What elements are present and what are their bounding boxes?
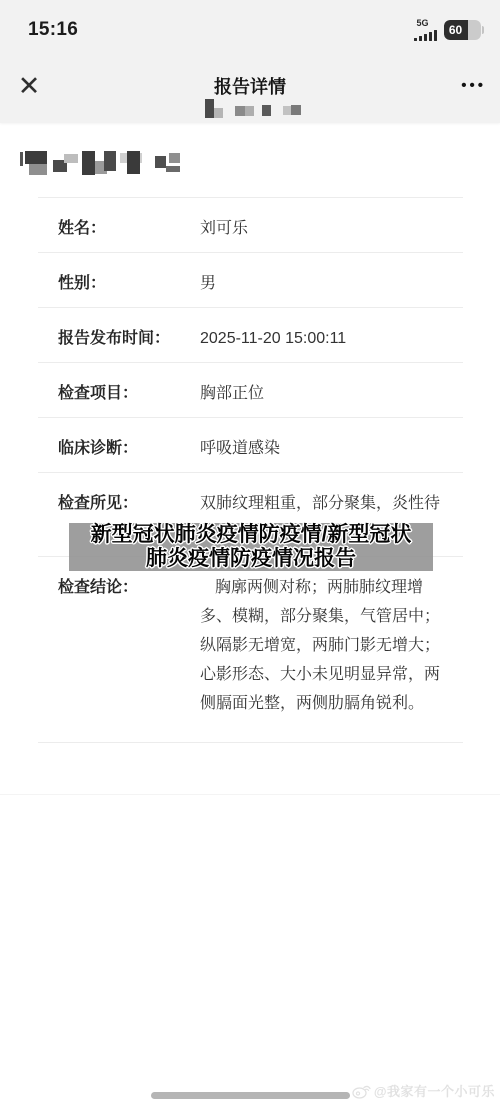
- section-divider: [0, 794, 500, 795]
- home-indicator[interactable]: [151, 1092, 350, 1099]
- table-row-publish-time: 报告发布时间： 2025-11-20 15:00:11: [38, 308, 463, 363]
- field-value: 胸廓两侧对称；两肺肺纹理增多、模糊，部分聚集，气管居中；纵隔影无增宽，两肺门影无…: [200, 573, 441, 718]
- field-label: 检查所见：: [58, 489, 200, 518]
- field-label: 报告发布时间：: [58, 324, 200, 353]
- battery-nub: [482, 26, 485, 34]
- table-row-name: 姓名： 刘可乐: [38, 198, 463, 253]
- battery-percent: 60: [444, 20, 468, 40]
- network-type-label: 5G: [417, 19, 429, 28]
- redacted-heading: [20, 148, 185, 178]
- table-row-clinical-diagnosis: 临床诊断： 呼吸道感染: [38, 418, 463, 473]
- page-title: 报告详情: [0, 73, 500, 99]
- overlay-text-line1: 新型冠状肺炎疫情防疫情/新型冠状: [91, 523, 412, 547]
- weibo-icon: [352, 1083, 371, 1099]
- battery-icon: 60: [444, 20, 485, 40]
- field-value: 男: [200, 269, 441, 298]
- field-value: 2025-11-20 15:00:11: [200, 324, 441, 353]
- signal-bars-icon: [414, 30, 437, 41]
- field-label: 性别：: [58, 269, 200, 298]
- status-bar: 15:16 5G 60: [0, 12, 500, 48]
- table-row-exam-conclusion: 检查结论： 胸廓两侧对称；两肺肺纹理增多、模糊，部分聚集，气管居中；纵隔影无增宽…: [38, 557, 463, 743]
- field-label: 检查项目：: [58, 379, 200, 408]
- field-label: 姓名：: [58, 214, 200, 243]
- status-icons: 5G 60: [414, 19, 485, 41]
- anti-rumor-watermark-overlay: 新型冠状肺炎疫情防疫情/新型冠状 肺炎疫情防疫情况报告: [69, 523, 433, 571]
- signal-strength-icon: 5G: [414, 19, 437, 41]
- field-value: 刘可乐: [200, 214, 441, 243]
- redacted-subtitle: [205, 99, 305, 118]
- more-menu-button[interactable]: •••: [461, 74, 486, 98]
- field-value: 胸部正位: [200, 379, 441, 408]
- field-label: 临床诊断：: [58, 434, 200, 463]
- field-label: 检查结论：: [58, 573, 200, 602]
- table-row-exam-item: 检查项目： 胸部正位: [38, 363, 463, 418]
- clock-text: 15:16: [28, 19, 78, 41]
- report-table: 姓名： 刘可乐 性别： 男 报告发布时间： 2025-11-20 15:00:1…: [38, 197, 463, 743]
- report-detail-screen: 15:16 5G 60 ✕ 报告详情 •••: [0, 0, 500, 1110]
- field-value: 呼吸道感染: [200, 434, 441, 463]
- overlay-text-line2: 肺炎疫情防疫情况报告: [146, 547, 356, 571]
- table-row-gender: 性别： 男: [38, 253, 463, 308]
- weibo-watermark: @我家有一个小可乐: [352, 1081, 495, 1100]
- header: 15:16 5G 60 ✕ 报告详情 •••: [0, 0, 500, 123]
- weibo-handle-text: @我家有一个小可乐: [374, 1081, 495, 1100]
